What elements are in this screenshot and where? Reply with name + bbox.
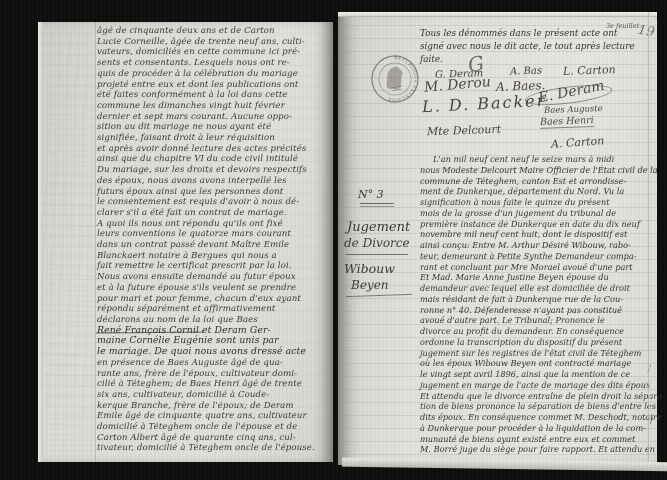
handwritten-line: commune de Téteghem, canton Est et arron…: [420, 176, 660, 187]
signature: Mte Delcourt: [427, 123, 502, 139]
act-number: N° 3: [358, 188, 384, 201]
margin-annotation: N° 3 Jugement de Divorce Wibouw Beyen: [338, 12, 420, 465]
handwritten-line: le consentement est requis d'avoir à nou…: [97, 197, 335, 208]
handwritten-line: ainsi conçu: Entre M. Arthur Désiré Wibo…: [420, 240, 660, 251]
handwritten-line: ainsi que du chapitre VI du code civil i…: [97, 154, 335, 165]
handwritten-line: ronne n° 40. Défenderesse n'ayant pas co…: [420, 305, 660, 316]
handwritten-line: à Dunkerque pour procéder à la liquidati…: [420, 423, 660, 434]
left-page-edge: [38, 22, 43, 462]
handwritten-line: M. Borré juge du siège pour faire rappor…: [420, 444, 660, 455]
act-title-line1: Jugement: [347, 220, 410, 235]
handwritten-line: dans un contrat passé devant Maître Emil…: [97, 240, 335, 251]
handwritten-line: leurs conventions le quatorze mars coura…: [97, 229, 335, 240]
handwritten-line: Lucie Corneille, âgée de trente neuf ans…: [97, 37, 335, 48]
act-title-line2: de Divorce: [344, 236, 410, 250]
handwritten-line: munauté de biens ayant existé entre eux …: [420, 434, 660, 445]
handwritten-line: où les époux Wibouw Beyen ont contracté …: [420, 358, 660, 369]
right-page-edge: [648, 12, 650, 465]
handwritten-line: répondu séparément et affirmativement: [97, 304, 335, 315]
handwritten-line: signification à nous faite le quinze du …: [420, 197, 660, 208]
handwritten-line: Carton Albert âgé de quarante cinq ans, …: [97, 433, 335, 444]
handwritten-line: des époux, nous avons avons interpellé l…: [97, 176, 335, 187]
handwritten-line: A quoi ils nous ont répondu qu'ils ont f…: [97, 219, 335, 230]
handwritten-line: Du mariage, sur les droits et devoirs re…: [97, 165, 335, 176]
handwritten-line: Emile âgé de cinquante quatre ans, culti…: [97, 411, 335, 422]
handwritten-line: tion de biens prononce la séparation de …: [420, 401, 660, 412]
handwritten-line: signifiée, faisant droit à leur réquisit…: [97, 133, 335, 144]
handwritten-line: tivateur, domicilié à Téteghem oncle de …: [97, 443, 335, 454]
handwritten-line: kerque Branche, frère de l'époux; de Der…: [97, 401, 335, 412]
handwritten-line: rant et concluant par Mre Morael avoué d…: [420, 262, 660, 273]
handwritten-line: projeté entre eux et dont les publicatio…: [97, 80, 335, 91]
margin-bleedthrough: [44, 30, 94, 454]
handwritten-line: ment de Dunkerque, département du Nord. …: [420, 186, 660, 197]
ink-rule: [360, 203, 394, 207]
handwritten-line: Blanckaert notaire à Bergues qui nous a: [97, 251, 335, 262]
handwritten-line: dits époux. En conséquence commet M. Des…: [420, 412, 660, 423]
handwritten-line: mois de la grosse d'un jugement du tribu…: [420, 208, 660, 219]
handwritten-line: commune les dimanches vingt huit février: [97, 101, 335, 112]
signature: L. D. Backer: [422, 91, 547, 116]
handwritten-line: futurs époux ainsi que les personnes don…: [97, 187, 335, 198]
handwritten-line: et après avoir donné lecture des actes p…: [97, 144, 335, 155]
right-page-handwriting: L'an mil neuf cent neuf le seize mars à …: [420, 154, 660, 455]
handwritten-line: sition au dit mariage ne nous ayant été: [97, 122, 335, 133]
handwritten-line: Et Mad. Marie Anne Justine Beyen épouse …: [420, 272, 660, 283]
handwritten-line: jugement en marge de l'acte de mariage d…: [420, 380, 660, 391]
handwritten-line: et à la future épouse s'ils veulent se p…: [97, 283, 335, 294]
handwritten-line: domicilié à Téteghem oncle de l'épouse e…: [97, 422, 335, 433]
signature: Baes Auguste: [544, 104, 603, 116]
signature: A. Carton: [551, 134, 605, 151]
signature: L. Carton: [563, 63, 616, 78]
handwritten-line: mais résidant de fait à Dunkerque rue de…: [420, 294, 660, 305]
handwritten-line: le vingt sept avril 1896, ainsi que la m…: [420, 369, 660, 380]
margin-crease-line: [95, 22, 96, 462]
handwritten-line: Et attendu que le divorce entraîne de pl…: [420, 391, 660, 402]
handwritten-line: nous Modeste Delcourt Maire Officier de …: [420, 165, 660, 176]
handwritten-line: cilié à Téteghem; de Baes Henri âgé de t…: [97, 379, 335, 390]
ink-rule: [346, 294, 412, 297]
left-page-handwriting: âgé de cinquante deux ans et de CartonLu…: [97, 26, 335, 454]
handwritten-line: L'an mil neuf cent neuf le seize mars à …: [420, 154, 660, 165]
right-page: 3e feuillet. 19 RÉPUBLIQUE FRANÇAISE Tou…: [338, 12, 657, 465]
handwritten-line: jugement sur les registres de l'état civ…: [420, 348, 660, 359]
handwritten-line: âgé de cinquante deux ans et de Carton: [97, 26, 335, 37]
left-page: âgé de cinquante deux ans et de CartonLu…: [38, 22, 333, 462]
party-name-1: Wibouw: [344, 261, 395, 276]
handwritten-line: novembre mil neuf cent huit, dont le dis…: [420, 229, 660, 240]
scanned-register-spread: âgé de cinquante deux ans et de CartonLu…: [0, 0, 667, 480]
signature: E. Deram: [537, 78, 606, 106]
handwritten-line: avoué d'autre part. Le Tribunal; Prononc…: [420, 315, 660, 326]
handwritten-line: vateurs, domiciliés en cette commune ici…: [97, 47, 335, 58]
handwritten-line: le mariage. De quoi nous avons dressé ac…: [97, 347, 335, 358]
handwritten-line: en présence de Baes Auguste âgé de qua-: [97, 358, 335, 369]
handwritten-line: Nous avons ensuite demandé au futur épou…: [97, 272, 335, 283]
handwritten-line: première instance de Dunkerque en date d…: [420, 219, 660, 230]
handwritten-line: divorce au profit du demandeur. En consé…: [420, 326, 660, 337]
handwritten-line: quis de procéder à la célébration du mar…: [97, 69, 335, 80]
handwritten-line: pour mari et pour femme, chacun d'eux ay…: [97, 294, 335, 305]
handwritten-line: sents et consentants. Lesquels nous ont …: [97, 58, 335, 69]
ink-rule: [346, 254, 408, 255]
party-name-2: Beyen: [351, 278, 389, 292]
handwritten-line: rante ans, frère de l'époux, cultivateur…: [97, 369, 335, 380]
handwritten-line: été faites conformément à la loi dans ce…: [97, 90, 335, 101]
handwritten-line: dernier et sept mars courant. Aucune opp…: [97, 112, 335, 123]
handwritten-line: fait remettre le certificat prescrit par…: [97, 261, 335, 272]
signature: M. Derou: [423, 74, 491, 96]
handwritten-line: clarer s'il a été fait un contrat de mar…: [97, 208, 335, 219]
handwritten-line: teur, demeurant à Petite Synthe Demandeu…: [420, 251, 660, 262]
signature: Baes Henri: [540, 115, 594, 129]
handwritten-line: six ans, cultivateur, domicilié à Coude-: [97, 390, 335, 401]
handwritten-line: demandeur avec lequel elle est domicilié…: [420, 283, 660, 294]
signature: A. Bas: [510, 65, 542, 77]
handwritten-line: ordonne la transcription du dispositif d…: [420, 337, 660, 348]
